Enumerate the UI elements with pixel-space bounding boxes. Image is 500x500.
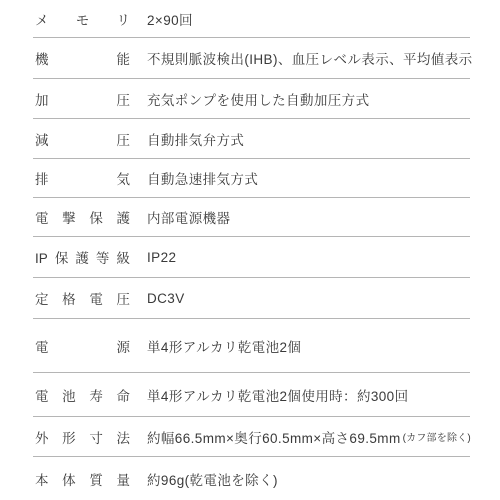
spec-row-value: 充気ポンプを使用した自動加圧方式 [147, 89, 369, 109]
spec-row: 電池寿命 単4形アルカリ乾電池2個使用時：約300回 [33, 373, 470, 417]
spec-row-value: 約幅66.5mm×奥行60.5mm×高さ69.5mm [147, 427, 401, 447]
spec-row: 機能 不規則脈波検出(IHB)、血圧レベル表示、平均値表示 [33, 38, 470, 79]
spec-row-label: 定格電圧 [35, 288, 130, 308]
spec-row: 外形寸法 約幅66.5mm×奥行60.5mm×高さ69.5mm (カフ部を除く) [33, 417, 470, 457]
spec-row-note: (カフ部を除く) [403, 429, 471, 444]
spec-row: 電源 単4形アルカリ乾電池2個 [33, 319, 470, 373]
spec-row-value: 2×90回 [147, 9, 193, 29]
spec-row: 排気 自動急速排気方式 [33, 159, 470, 198]
spec-row-value: 自動急速排気方式 [147, 168, 258, 188]
spec-row: 本体質量 約96g(乾電池を除く) [33, 457, 470, 500]
spec-row-label: 電撃保護 [35, 207, 130, 227]
spec-row-value: 自動排気弁方式 [147, 129, 244, 149]
spec-row-value: 単4形アルカリ乾電池2個使用時：約300回 [147, 385, 409, 405]
spec-row-value: 単4形アルカリ乾電池2個 [147, 336, 301, 356]
spec-row-label: 加圧 [35, 89, 130, 109]
spec-row: 減圧 自動排気弁方式 [33, 119, 470, 159]
spec-row-value: 不規則脈波検出(IHB)、血圧レベル表示、平均値表示 [147, 48, 473, 68]
spec-row-label: 機能 [35, 48, 130, 68]
spec-row-label: IP保護等級 [35, 247, 130, 267]
spec-row-value: 約96g(乾電池を除く) [147, 469, 278, 489]
spec-row-label: 外形寸法 [35, 427, 130, 447]
spec-row: メモリ 2×90回 [33, 0, 470, 38]
spec-row-value: IP22 [147, 250, 176, 265]
spec-row-label: メモリ [35, 9, 130, 29]
spec-row: IP保護等級 IP22 [33, 237, 470, 278]
spec-row-label: 排気 [35, 168, 130, 188]
spec-row-value: 内部電源機器 [147, 207, 230, 227]
spec-row-label: 本体質量 [35, 469, 130, 489]
spec-row-value: DC3V [147, 291, 185, 306]
spec-row-label: 電源 [35, 336, 130, 356]
spec-table: メモリ 2×90回 機能 不規則脈波検出(IHB)、血圧レベル表示、平均値表示 … [33, 0, 470, 500]
spec-row-label: 電池寿命 [35, 385, 130, 405]
spec-row: 電撃保護 内部電源機器 [33, 198, 470, 237]
spec-row-label: 減圧 [35, 129, 130, 149]
spec-row: 加圧 充気ポンプを使用した自動加圧方式 [33, 79, 470, 119]
spec-row: 定格電圧 DC3V [33, 278, 470, 319]
